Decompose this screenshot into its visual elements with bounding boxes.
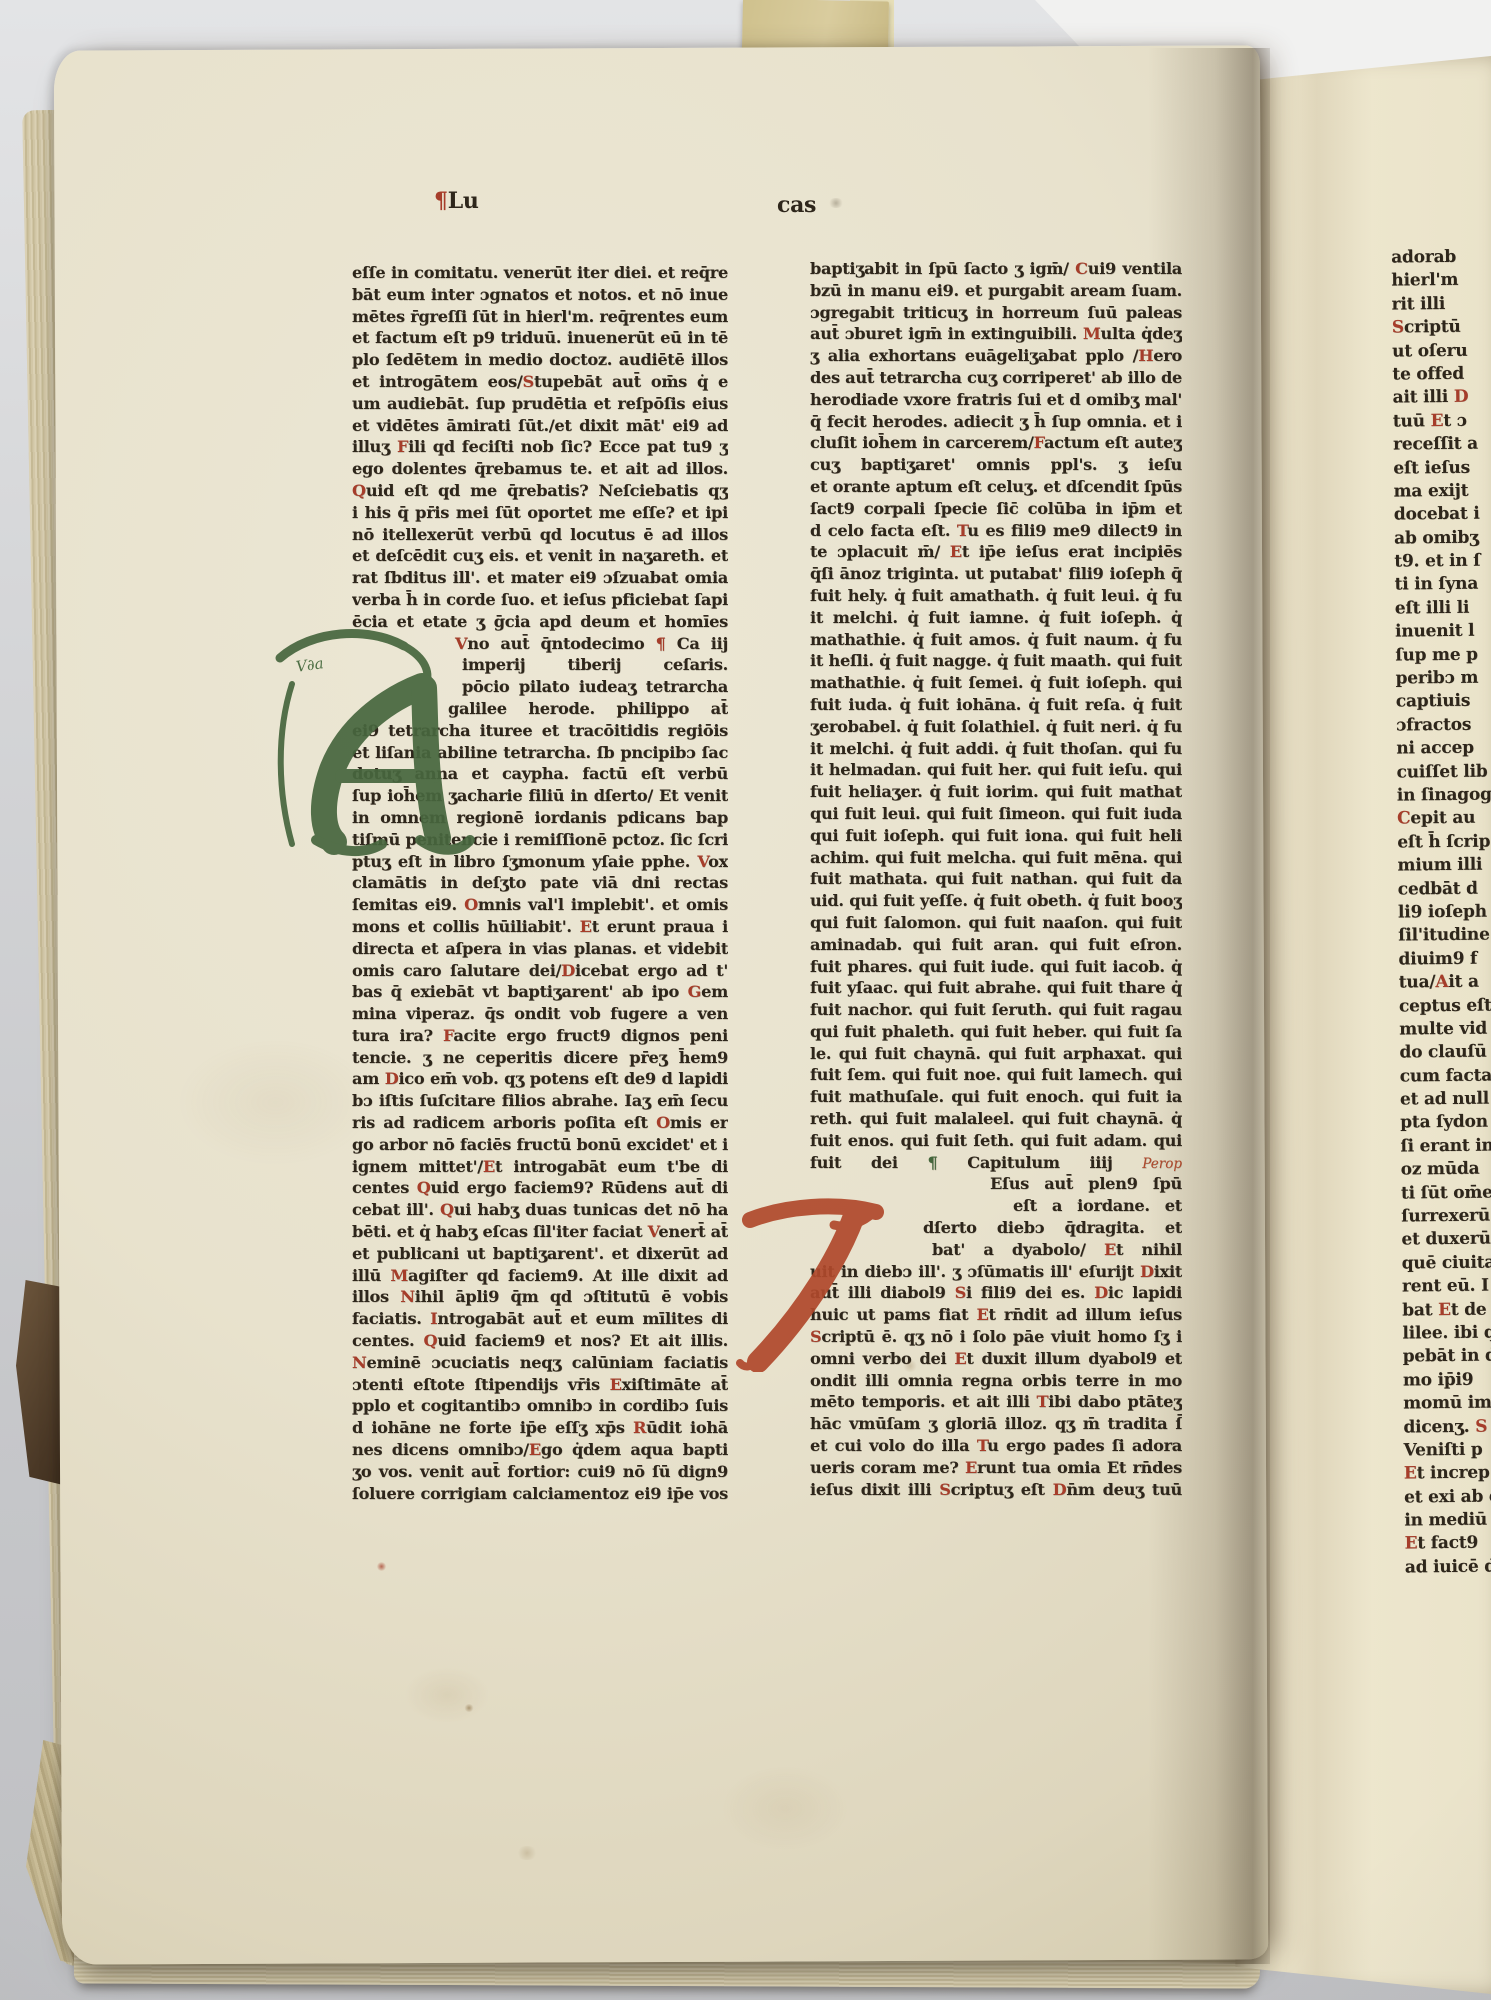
- text-segment: bāt eum inter ɔgnatos et notos. et nō in…: [352, 285, 728, 304]
- text-segment: mētes r̄greſſi ſūt in hierl'm. req̄rente…: [352, 307, 728, 326]
- text-segment: ti ſūt om̄e: [1401, 1182, 1491, 1203]
- text-segment: Eſus aut̄ plen9 ſpū ſacto egreſſ9: [990, 1174, 1182, 1195]
- text-line: fuit heliaʒer. q̇ fuit iorim. qui fuit m…: [810, 781, 1182, 803]
- text-line: bāt eum inter ɔgnatos et notos. et nō in…: [352, 284, 728, 306]
- text-segment: nes dicens omnibɔ/: [352, 1440, 529, 1459]
- text-segment: go q̇dem aqua bapti: [541, 1440, 728, 1459]
- text-segment: it heſli. q̇ fuit nagge. q̇ fuit maath. …: [810, 651, 1182, 670]
- text-segment: tua/: [1399, 972, 1436, 992]
- text-line: it melchi. q̇ fuit addi. q̇ fuit thoſan.…: [810, 738, 1182, 760]
- text-line: fuit ſem. qui fuit noe. qui fuit lamech.…: [810, 1064, 1182, 1086]
- text-segment: t rn̄dit ad illum ieſus: [989, 1305, 1183, 1324]
- text-line: omis caro ſalutare dei/Dicebat ergo ad t…: [352, 960, 728, 982]
- text-segment: t duxit illum dyabol9 et: [966, 1349, 1182, 1368]
- text-segment: it melchi. q̇ fuit addi. q̇ fuit thoſan.…: [810, 739, 1182, 758]
- text-segment: ſact9 corpali ſpecie ſic̄ colūba in ip̄m…: [810, 499, 1182, 520]
- text-segment: ¶: [928, 1153, 968, 1172]
- text-line: diuim9 f: [1398, 947, 1491, 971]
- next-page-text-fragments: adorabhierl'mrit illiScriptūut oſerute o…: [1391, 246, 1491, 1580]
- text-line: d celo facta eſt. Tu es fili9 me9 dilect…: [810, 520, 1182, 542]
- text-segment: ſurrexerū: [1401, 1206, 1490, 1227]
- text-line: lilee. ibi q: [1402, 1321, 1491, 1345]
- text-line: ɔfractos: [1396, 713, 1491, 737]
- text-segment: hāc vmūſam ʒ gloriā illoz. qʒ m̄ tradita…: [810, 1414, 1182, 1433]
- text-line: fuit yſaac. qui fuit abrahe. qui fuit th…: [810, 977, 1182, 999]
- text-segment: i fili9 dei es.: [966, 1283, 1094, 1302]
- text-line: qui fuit leui. qui fuit ſimeon. qui fuit…: [810, 803, 1182, 825]
- text-line: et duxerū: [1401, 1228, 1491, 1252]
- text-segment: pebāt in d: [1403, 1346, 1491, 1367]
- running-header-left: ¶Lu: [434, 188, 479, 214]
- text-segment: et deſcēdit cuʒ eis. et venit in naʒaret…: [352, 546, 728, 567]
- text-line: li9 ioſeph: [1398, 900, 1491, 924]
- text-segment: mina viperaz. q̄s ondit vob fugere a ven: [352, 1004, 728, 1023]
- text-segment: cuʒ baptiʒaret' omnis ppl's. ʒ ieſu bapt…: [810, 455, 1182, 476]
- text-segment: aminadab. qui fuit aran. qui fuit eſron.…: [810, 935, 1182, 956]
- text-segment: tura ira?: [352, 1026, 443, 1045]
- text-line: fuit phares. qui fuit iude. qui fuit iac…: [810, 956, 1182, 978]
- text-line: docebat i: [1394, 503, 1489, 527]
- text-segment: li9 ioſeph: [1398, 902, 1487, 923]
- text-segment: des aut̄ tetrarcha cuʒ corriperet' ab il…: [810, 368, 1182, 387]
- text-segment: criptū: [1404, 317, 1461, 338]
- text-line: herodiade vxore fratris ſui et d omibʒ m…: [810, 389, 1182, 411]
- text-line: peribɔ m: [1395, 667, 1490, 691]
- text-segment: uid. qui fuit yeſſe. q̇ fuit obeth. q̇ f…: [810, 891, 1182, 910]
- text-segment: qui fuit phaleth. qui fuit heber. qui fu…: [810, 1022, 1182, 1041]
- text-segment: mnis val'l implebit'. et omis: [478, 895, 728, 914]
- text-segment: C: [1397, 809, 1411, 829]
- text-line: eſt h̄ ſcrip: [1397, 830, 1491, 854]
- text-segment: Perop: [1142, 1156, 1182, 1172]
- text-segment: O: [656, 1113, 670, 1132]
- text-line: aut̄ ɔburet igm̄ in extinguibili. Multa …: [810, 323, 1182, 345]
- text-segment: ʒ alia exhortans euāgeliʒabat pplo /: [810, 346, 1138, 365]
- text-segment: E: [1430, 411, 1443, 431]
- text-segment: fuit mathata. qui fuit nathan. qui fuit …: [810, 869, 1182, 888]
- text-line: qui fuit phaleth. qui fuit heber. qui fu…: [810, 1021, 1182, 1043]
- text-segment: ait illi: [1393, 387, 1454, 408]
- text-segment: T: [977, 1436, 987, 1455]
- text-line: ut oſeru: [1392, 339, 1487, 363]
- text-segment: R: [633, 1418, 646, 1437]
- text-segment: te offed: [1392, 364, 1464, 385]
- text-segment: ox: [708, 852, 728, 871]
- text-line: ſact9 corpali ſpecie ſic̄ colūba in ip̄m…: [810, 498, 1182, 520]
- text-segment: t9. et in ſ: [1394, 551, 1480, 572]
- text-segment: ibi dabo ptāteʒ: [1048, 1392, 1182, 1411]
- text-segment: ti in ſyna: [1394, 574, 1478, 595]
- text-segment: ili qd feciſti nob ſic? Ecce pat tu9 ʒ: [408, 437, 728, 456]
- text-line: tuū Et ɔ: [1393, 409, 1488, 433]
- text-line: Cepit au: [1397, 807, 1491, 831]
- text-segment: dſerto diebɔ q̄dragita. et tēpta: [923, 1218, 1182, 1239]
- text-line: dicenʒ. S: [1403, 1415, 1491, 1439]
- text-line: mēto temporis. et ait illi Tibi dabo ptā…: [810, 1391, 1182, 1413]
- text-segment: E: [1104, 1240, 1116, 1259]
- text-line: Et fact9: [1404, 1532, 1491, 1556]
- text-segment: D: [561, 961, 575, 980]
- text-segment: C: [1075, 259, 1088, 278]
- text-line: ueris coram me? Erunt tua omia Et rn̄des: [810, 1457, 1182, 1479]
- text-segment: Q: [424, 1331, 438, 1350]
- text-segment: baptiʒabit in ſpū ſacto ʒ igm̄/: [810, 259, 1075, 278]
- text-segment: rit illi: [1392, 294, 1446, 315]
- text-segment: directa et aſpera in vias planas. et vid…: [352, 939, 728, 958]
- text-segment: ui9 ventila: [1088, 259, 1182, 278]
- rubricated-initial-I: [736, 1192, 886, 1376]
- text-segment: S: [939, 1480, 950, 1499]
- text-line: tencie. ʒ ne ceperitis dicere pr̄eʒ h̄em…: [352, 1047, 728, 1069]
- text-segment: ɔfractos: [1396, 715, 1471, 736]
- text-segment: illū: [352, 1266, 390, 1285]
- text-segment: receſſit a: [1393, 434, 1478, 455]
- text-segment: am: [352, 1069, 385, 1088]
- text-line: ɔgregabit triticuʒ in horreum ſuū paleas: [810, 302, 1182, 324]
- text-segment: ueris coram me?: [810, 1458, 965, 1477]
- text-line: t9. et in ſ: [1394, 550, 1489, 574]
- text-segment: et ad null: [1400, 1089, 1489, 1110]
- text-line: et cui volo do illa Tu ergo pades ſi ado…: [810, 1435, 1182, 1457]
- initial-i-glyph: [736, 1192, 886, 1372]
- text-segment: D: [1053, 1480, 1067, 1499]
- text-segment: Q: [417, 1178, 431, 1197]
- text-segment: clamātis in deſʒto pate viā dni rectas f…: [352, 873, 728, 894]
- text-segment: xiſtimāte at̄: [622, 1375, 728, 1394]
- text-segment: dicenʒ.: [1403, 1416, 1475, 1437]
- text-line: et deſcēdit cuʒ eis. et venit in naʒaret…: [352, 545, 728, 567]
- text-segment: faciatis.: [352, 1309, 430, 1328]
- text-segment: do clauſū: [1399, 1042, 1486, 1063]
- text-segment: t introgabāt eum t'be di: [495, 1157, 728, 1176]
- text-segment: T: [957, 521, 967, 540]
- text-segment: uid ergo faciem9? Rūdens aut̄ di: [431, 1178, 728, 1197]
- text-line: directa et aſpera in vias planas. et vid…: [352, 938, 728, 960]
- text-segment: t fact9: [1417, 1533, 1478, 1554]
- text-segment: M: [390, 1266, 408, 1285]
- text-segment: epit au: [1410, 808, 1475, 829]
- text-segment: D: [1094, 1283, 1108, 1302]
- text-line: quē ciuita: [1402, 1251, 1491, 1275]
- text-line: Scriptū: [1392, 316, 1487, 340]
- text-line: tura ira? Facite ergo fruct9 dignos peni: [352, 1025, 728, 1047]
- text-segment: diuim9 f: [1398, 948, 1477, 969]
- text-line: ſup me p: [1395, 643, 1490, 667]
- text-segment: nō itellexerūt verbū qd locutus ē ad ill…: [352, 525, 728, 544]
- text-line: captiuis: [1396, 690, 1491, 714]
- text-line: mathathie. q̇ fuit ſemei. q̇ fuit ioſeph…: [810, 672, 1182, 694]
- text-segment: ris ad radicem arboris poſita eſt: [352, 1113, 656, 1132]
- text-segment: qui fuit leui. qui fuit ſimeon. qui fuit…: [810, 804, 1182, 823]
- text-segment: fuit yſaac. qui fuit abrahe. qui fuit th…: [810, 978, 1182, 997]
- text-segment: illos: [352, 1287, 400, 1306]
- text-line: eſt illi li: [1395, 596, 1490, 620]
- text-segment: ſi erant in: [1400, 1135, 1491, 1156]
- text-line: am Dico em̄ vob. qʒ potens eſt de9 d lap…: [352, 1068, 728, 1090]
- text-segment: eſt a iordane. et agebat' in: [1013, 1196, 1182, 1217]
- text-line: fuit nachor. qui fuit ſeruth. qui fuit r…: [810, 999, 1182, 1021]
- text-line: illuʒ Fili qd feciſti nob ſic? Ecce pat …: [352, 436, 728, 458]
- text-segment: cuiſſet lib: [1396, 761, 1487, 782]
- text-segment: E: [483, 1157, 495, 1176]
- text-segment: ui habʒ duas tunicas det nō ha: [454, 1200, 728, 1219]
- text-segment: tupebāt aut̄ om̄s q̇ e: [534, 372, 728, 391]
- text-segment: inuenit l: [1395, 621, 1474, 642]
- text-line: et publicani ut baptiʒarent'. et dixerūt…: [352, 1243, 728, 1265]
- text-line: mium illi: [1397, 854, 1491, 878]
- text-line: et exi ab e: [1404, 1485, 1491, 1509]
- text-line: Et increp: [1404, 1462, 1491, 1486]
- text-segment: N: [400, 1287, 415, 1306]
- text-segment: verba h̄ in corde ſuo. et ieſus pficieba…: [352, 590, 728, 609]
- text-segment: E: [1404, 1464, 1417, 1484]
- text-line: q̄ſi ānoz triginta. ut putabat' fili9 io…: [810, 563, 1182, 585]
- text-line: momū im: [1403, 1392, 1491, 1416]
- running-header-right-text: cas: [777, 192, 816, 218]
- text-line: pplo et cogitantibɔ omnibɔ in cordibɔ ſu…: [352, 1395, 728, 1417]
- text-line: achim. qui fuit melcha. qui fuit mēna. q…: [810, 847, 1182, 869]
- text-line: cuiſſet lib: [1396, 760, 1491, 784]
- text-segment: captiuis: [1396, 691, 1471, 712]
- text-segment: i his q̄ pr̄is mei ſūt oportet me eſſe? …: [352, 503, 728, 522]
- text-segment: fuit dei: [810, 1153, 928, 1172]
- text-line: cuʒ baptiʒaret' omnis ppl's. ʒ ieſu bapt…: [810, 454, 1182, 476]
- text-segment: herodiade vxore fratris ſui et d omibʒ m…: [810, 390, 1182, 409]
- text-segment: S: [955, 1283, 966, 1302]
- text-segment: ic lapidi: [1108, 1283, 1182, 1302]
- text-line: fuit mathuſale. qui fuit enoch. qui fuit…: [810, 1086, 1182, 1108]
- text-line: qui fuit ioſeph. qui fuit iona. qui fuit…: [810, 825, 1182, 847]
- text-segment: eſſe in comitatu. venerūt iter diei. et …: [352, 263, 728, 282]
- text-line: ni accep: [1396, 737, 1491, 761]
- text-segment: acite ergo fruct9 dignos peni: [453, 1026, 728, 1045]
- text-segment: t increp: [1417, 1463, 1490, 1484]
- text-line: Quid eſt qd me q̄rebatis? Neſciebatis qʒ: [352, 480, 728, 502]
- text-segment: adorab: [1391, 247, 1456, 268]
- text-segment: u es fili9 me9 dilect9 in: [967, 521, 1182, 540]
- text-line: ris ad radicem arboris poſita eſt Omis e…: [352, 1112, 728, 1134]
- text-segment: ɔtenti eſtote ſtipendijs vr̄is: [352, 1375, 610, 1394]
- text-segment: tencie. ʒ ne ceperitis dicere pr̄eʒ h̄em…: [352, 1048, 728, 1069]
- text-line: rat ſbditus ill'. et mater ei9 ɔſzuabat …: [352, 567, 728, 589]
- text-line: ait illi D: [1392, 386, 1487, 410]
- text-segment: bas q̄ exiebāt vt baptiʒarent' ab ipo: [352, 982, 688, 1001]
- text-line: ieſus dixit illi Scriptuʒ eſt Dn̄m deuʒ …: [810, 1479, 1182, 1501]
- text-segment: ixit: [1154, 1262, 1182, 1281]
- text-segment: fuit enos. qui fuit ſeth. qui fuit adam.…: [810, 1131, 1182, 1150]
- text-line: mētes r̄greſſi ſūt in hierl'm. req̄rente…: [352, 306, 728, 328]
- text-line: hierl'm: [1391, 269, 1486, 293]
- text-segment: E: [965, 1458, 977, 1477]
- text-segment: bzū in manu ei9. et purgabit aream ſuam.…: [810, 281, 1182, 302]
- text-segment: S: [1475, 1416, 1487, 1436]
- text-segment: omis caro ſalutare dei/: [352, 961, 561, 980]
- text-segment: N: [352, 1353, 367, 1372]
- text-segment: F: [397, 437, 408, 456]
- text-segment: bɔ iſtis ſuſcitare filios abrahe. Iaʒ em…: [352, 1091, 728, 1110]
- text-segment: ad iuicē d: [1405, 1556, 1491, 1577]
- text-segment: ſup me p: [1395, 644, 1478, 665]
- text-line: mo ip̄i9: [1403, 1368, 1491, 1392]
- text-segment: ulta q̇deʒ: [1101, 324, 1183, 343]
- text-segment: et duxerū: [1401, 1229, 1491, 1250]
- text-segment: hierl'm: [1391, 270, 1458, 291]
- text-segment: E: [529, 1440, 541, 1459]
- text-line: et orante aptum eſt celuʒ. et dſcendit ſ…: [810, 476, 1182, 498]
- text-segment: et exi ab e: [1404, 1486, 1491, 1507]
- text-segment: rent eū. I: [1402, 1276, 1489, 1297]
- text-segment: illuʒ: [352, 437, 397, 456]
- text-segment: V: [697, 852, 708, 871]
- text-segment: ntrogabāt aut̄ et eum mīlites di: [437, 1309, 728, 1328]
- text-line: receſſit a: [1393, 433, 1488, 457]
- text-segment: fuit mathuſale. qui fuit enoch. qui fuit…: [810, 1087, 1182, 1106]
- text-line: aminadab. qui fuit aran. qui fuit eſron.…: [810, 934, 1182, 956]
- text-segment: eminē ɔcuciatis neqʒ calūniam faciatis e…: [352, 1353, 728, 1374]
- text-line: ɔtenti eſtote ſtipendijs vr̄is Exiſtimāt…: [352, 1374, 728, 1396]
- text-line: bas q̄ exiebāt vt baptiʒarent' ab ipo Ge…: [352, 981, 728, 1003]
- text-line: cluſit ioh̄em in carcerem/Factum eſt aut…: [810, 432, 1182, 454]
- text-segment: et cui volo do illa: [810, 1436, 977, 1455]
- text-line: q̄ fecit herodes. adiecit ʒ h̄ ſup omnia…: [810, 411, 1182, 433]
- text-line: clamātis in deſʒto pate viā dni rectas f…: [352, 872, 728, 894]
- text-line: cebat ill'. Qui habʒ duas tunicas det nō…: [352, 1199, 728, 1221]
- text-segment: D: [1454, 387, 1469, 407]
- text-segment: Q: [440, 1200, 454, 1219]
- text-segment: mathathie. q̇ fuit ſemei. q̇ fuit ioſeph…: [810, 673, 1182, 692]
- text-line: des aut̄ tetrarcha cuʒ corriperet' ab il…: [810, 367, 1182, 389]
- text-segment: Capitulum iiij: [967, 1153, 1142, 1172]
- text-line: et introgātem eos/Stupebāt aut̄ om̄s q̇ …: [352, 371, 728, 393]
- text-segment: quē ciuita: [1402, 1252, 1491, 1273]
- text-line: Veniſti p: [1404, 1438, 1491, 1462]
- text-line: ego dolentes q̄rebamus te. et ait ad ill…: [352, 458, 728, 480]
- text-segment: momū im: [1403, 1393, 1491, 1414]
- text-segment: ſil'itudine: [1398, 925, 1490, 946]
- text-segment: t ip̄e ieſus erat incipiēs: [962, 542, 1182, 561]
- text-line: et ad null: [1400, 1088, 1491, 1112]
- text-line: bɔ iſtis ſuſcitare filios abrahe. Iaʒ em…: [352, 1090, 728, 1112]
- text-line: fuit hely. q̇ fuit amathath. q̇ fuit leu…: [810, 585, 1182, 607]
- text-line: eſt ieſus: [1393, 456, 1488, 480]
- text-segment: q̄ſi ānoz triginta. ut putabat' fili9 io…: [810, 564, 1182, 583]
- text-segment: E: [954, 1349, 966, 1368]
- text-segment: V: [648, 1222, 659, 1241]
- margin-note-green: V∂a: [295, 654, 325, 676]
- text-line: it melchi. q̇ fuit iamne. q̇ fuit ioſeph…: [810, 607, 1182, 629]
- text-segment: in mediū: [1404, 1510, 1487, 1531]
- text-segment: F: [443, 1026, 453, 1045]
- text-segment: E: [1405, 1534, 1418, 1554]
- text-segment: mo ip̄i9: [1403, 1369, 1474, 1390]
- text-segment: u ergo pades ſi adora: [987, 1436, 1182, 1455]
- text-segment: cedbāt d: [1398, 878, 1478, 899]
- text-segment: bat' a dyabolo/: [932, 1240, 1104, 1259]
- text-segment: mathathie. q̇ fuit amos. q̇ fuit naum. q…: [810, 630, 1182, 649]
- text-segment: oz mūda: [1401, 1159, 1480, 1180]
- text-segment: ab omibʒ: [1394, 527, 1479, 548]
- text-segment: fuit ſem. qui fuit noe. qui fuit lamech.…: [810, 1065, 1182, 1084]
- text-segment: Veniſti p: [1404, 1440, 1483, 1461]
- text-segment: cebat ill'.: [352, 1200, 440, 1219]
- text-line: pta ſydon: [1400, 1111, 1491, 1135]
- text-line: ſil'itudine: [1398, 924, 1491, 948]
- text-line: ʒ alia exhortans euāgeliʒabat pplo /Hero: [810, 345, 1182, 367]
- text-segment: um audiebāt. ſup prudētia et reſpōſis ei…: [352, 394, 728, 413]
- text-line: reth. qui fuit malaleel. qui fuit chaynā…: [810, 1108, 1182, 1130]
- text-line: fuit dei ¶ Capitulum iiij Perop: [810, 1152, 1182, 1174]
- text-segment: ceptus eſt: [1399, 995, 1491, 1016]
- text-line: bat Et de: [1402, 1298, 1491, 1322]
- text-line: it helmadan. qui fuit her. qui fuit ieſu…: [810, 759, 1182, 781]
- text-segment: peribɔ m: [1395, 668, 1478, 689]
- text-segment: achim. qui fuit melcha. qui fuit mēna. q…: [810, 848, 1182, 867]
- text-segment: ¶: [656, 634, 666, 653]
- text-line: mina viperaz. q̄s ondit vob fugere a ven: [352, 1003, 728, 1025]
- text-segment: ico em̄ vob. qʒ potens eſt de9 d lapidi: [398, 1069, 728, 1088]
- text-line: bēti. et q̇ habʒ eſcas ſil'iter faciat V…: [352, 1221, 728, 1243]
- text-line: nes dicens omnibɔ/Ego q̇dem aqua bapti: [352, 1439, 728, 1461]
- text-segment: mis er: [670, 1113, 728, 1132]
- text-segment: lilee. ibi q: [1402, 1322, 1491, 1343]
- text-segment: multe vid: [1399, 1018, 1487, 1039]
- text-segment: tuū: [1393, 411, 1431, 431]
- text-segment: bat: [1402, 1300, 1438, 1320]
- text-segment: runt tua omia Et rn̄des: [977, 1458, 1182, 1477]
- text-segment: go arbor nō faciēs fructū bonū excidet' …: [352, 1135, 728, 1154]
- text-line: tua/Ait a: [1399, 971, 1491, 995]
- text-line: go arbor nō faciēs fructū bonū excidet' …: [352, 1134, 728, 1156]
- text-segment: d celo facta eſt.: [810, 521, 957, 540]
- text-line: uid. qui fuit yeſſe. q̇ fuit obeth. q̇ f…: [810, 890, 1182, 912]
- text-line: centes Quid ergo faciem9? Rūdens aut̄ di: [352, 1177, 728, 1199]
- text-segment: eſt ieſus: [1393, 457, 1470, 478]
- text-line: baptiʒabit in ſpū ſacto ʒ igm̄/ Cui9 ven…: [810, 258, 1182, 280]
- text-line: ignem mittet'/Et introgabāt eum t'be di: [352, 1156, 728, 1178]
- text-segment: F: [1034, 433, 1044, 452]
- text-segment: pplo et cogitantibɔ omnibɔ in cordibɔ ſu…: [352, 1396, 728, 1415]
- text-segment: eſt h̄ ſcrip: [1397, 831, 1490, 852]
- text-segment: te ɔplacuit m̄/: [810, 542, 950, 561]
- text-segment: uid faciem9 et nos? Et ait illis.: [437, 1331, 728, 1350]
- text-line: um audiebāt. ſup prudētia et reſpōſis ei…: [352, 393, 728, 415]
- text-segment: enert̄ at̄: [658, 1222, 728, 1241]
- text-segment: fuit hely. q̇ fuit amathath. q̇ fuit leu…: [810, 586, 1182, 605]
- text-segment: O: [464, 895, 478, 914]
- text-line: illū Magiſter qd faciem9. At ille dixit …: [352, 1265, 728, 1287]
- text-segment: eſt illi li: [1395, 598, 1470, 619]
- text-segment: q̄ fecit herodes. adiecit ʒ h̄ ſup omnia…: [810, 412, 1182, 431]
- text-line: cum facta: [1400, 1064, 1491, 1088]
- text-line: ti ſūt om̄e: [1401, 1181, 1491, 1205]
- text-line: ʒo vos. venit aut̄ fortior: cui9 nō ſū d…: [352, 1461, 728, 1483]
- text-segment: it helmadan. qui fuit her. qui fuit ieſu…: [810, 760, 1182, 779]
- text-line: fuit mathata. qui fuit nathan. qui fuit …: [810, 868, 1182, 890]
- text-segment: et factum eſt p9 triduū. inuenerūt eū in…: [352, 328, 728, 347]
- text-line: i his q̄ pr̄is mei ſūt oportet me eſſe? …: [352, 502, 728, 524]
- text-segment: qui fuit ioſeph. qui fuit iona. qui fuit…: [810, 826, 1182, 845]
- pilcrow-icon: ¶: [434, 188, 448, 214]
- text-segment: rat ſbditus ill'. et mater ei9 ɔſzuabat …: [352, 568, 728, 587]
- text-line: ſemitas ei9. Omnis val'l implebit'. et o…: [352, 894, 728, 916]
- text-line: ti in ſyna: [1394, 573, 1489, 597]
- text-line: qui fuit ſalomon. qui fuit naaſon. qui f…: [810, 912, 1182, 934]
- running-header-right: cas: [777, 192, 816, 218]
- text-line: in ſinagog: [1397, 783, 1491, 807]
- text-segment: pta ſydon: [1400, 1112, 1488, 1133]
- text-segment: ihil āpli9 q̄m qd ɔſtitutū ē vobis: [415, 1287, 728, 1306]
- text-segment: bēti. et q̇ habʒ eſcas ſil'iter faciat: [352, 1222, 648, 1241]
